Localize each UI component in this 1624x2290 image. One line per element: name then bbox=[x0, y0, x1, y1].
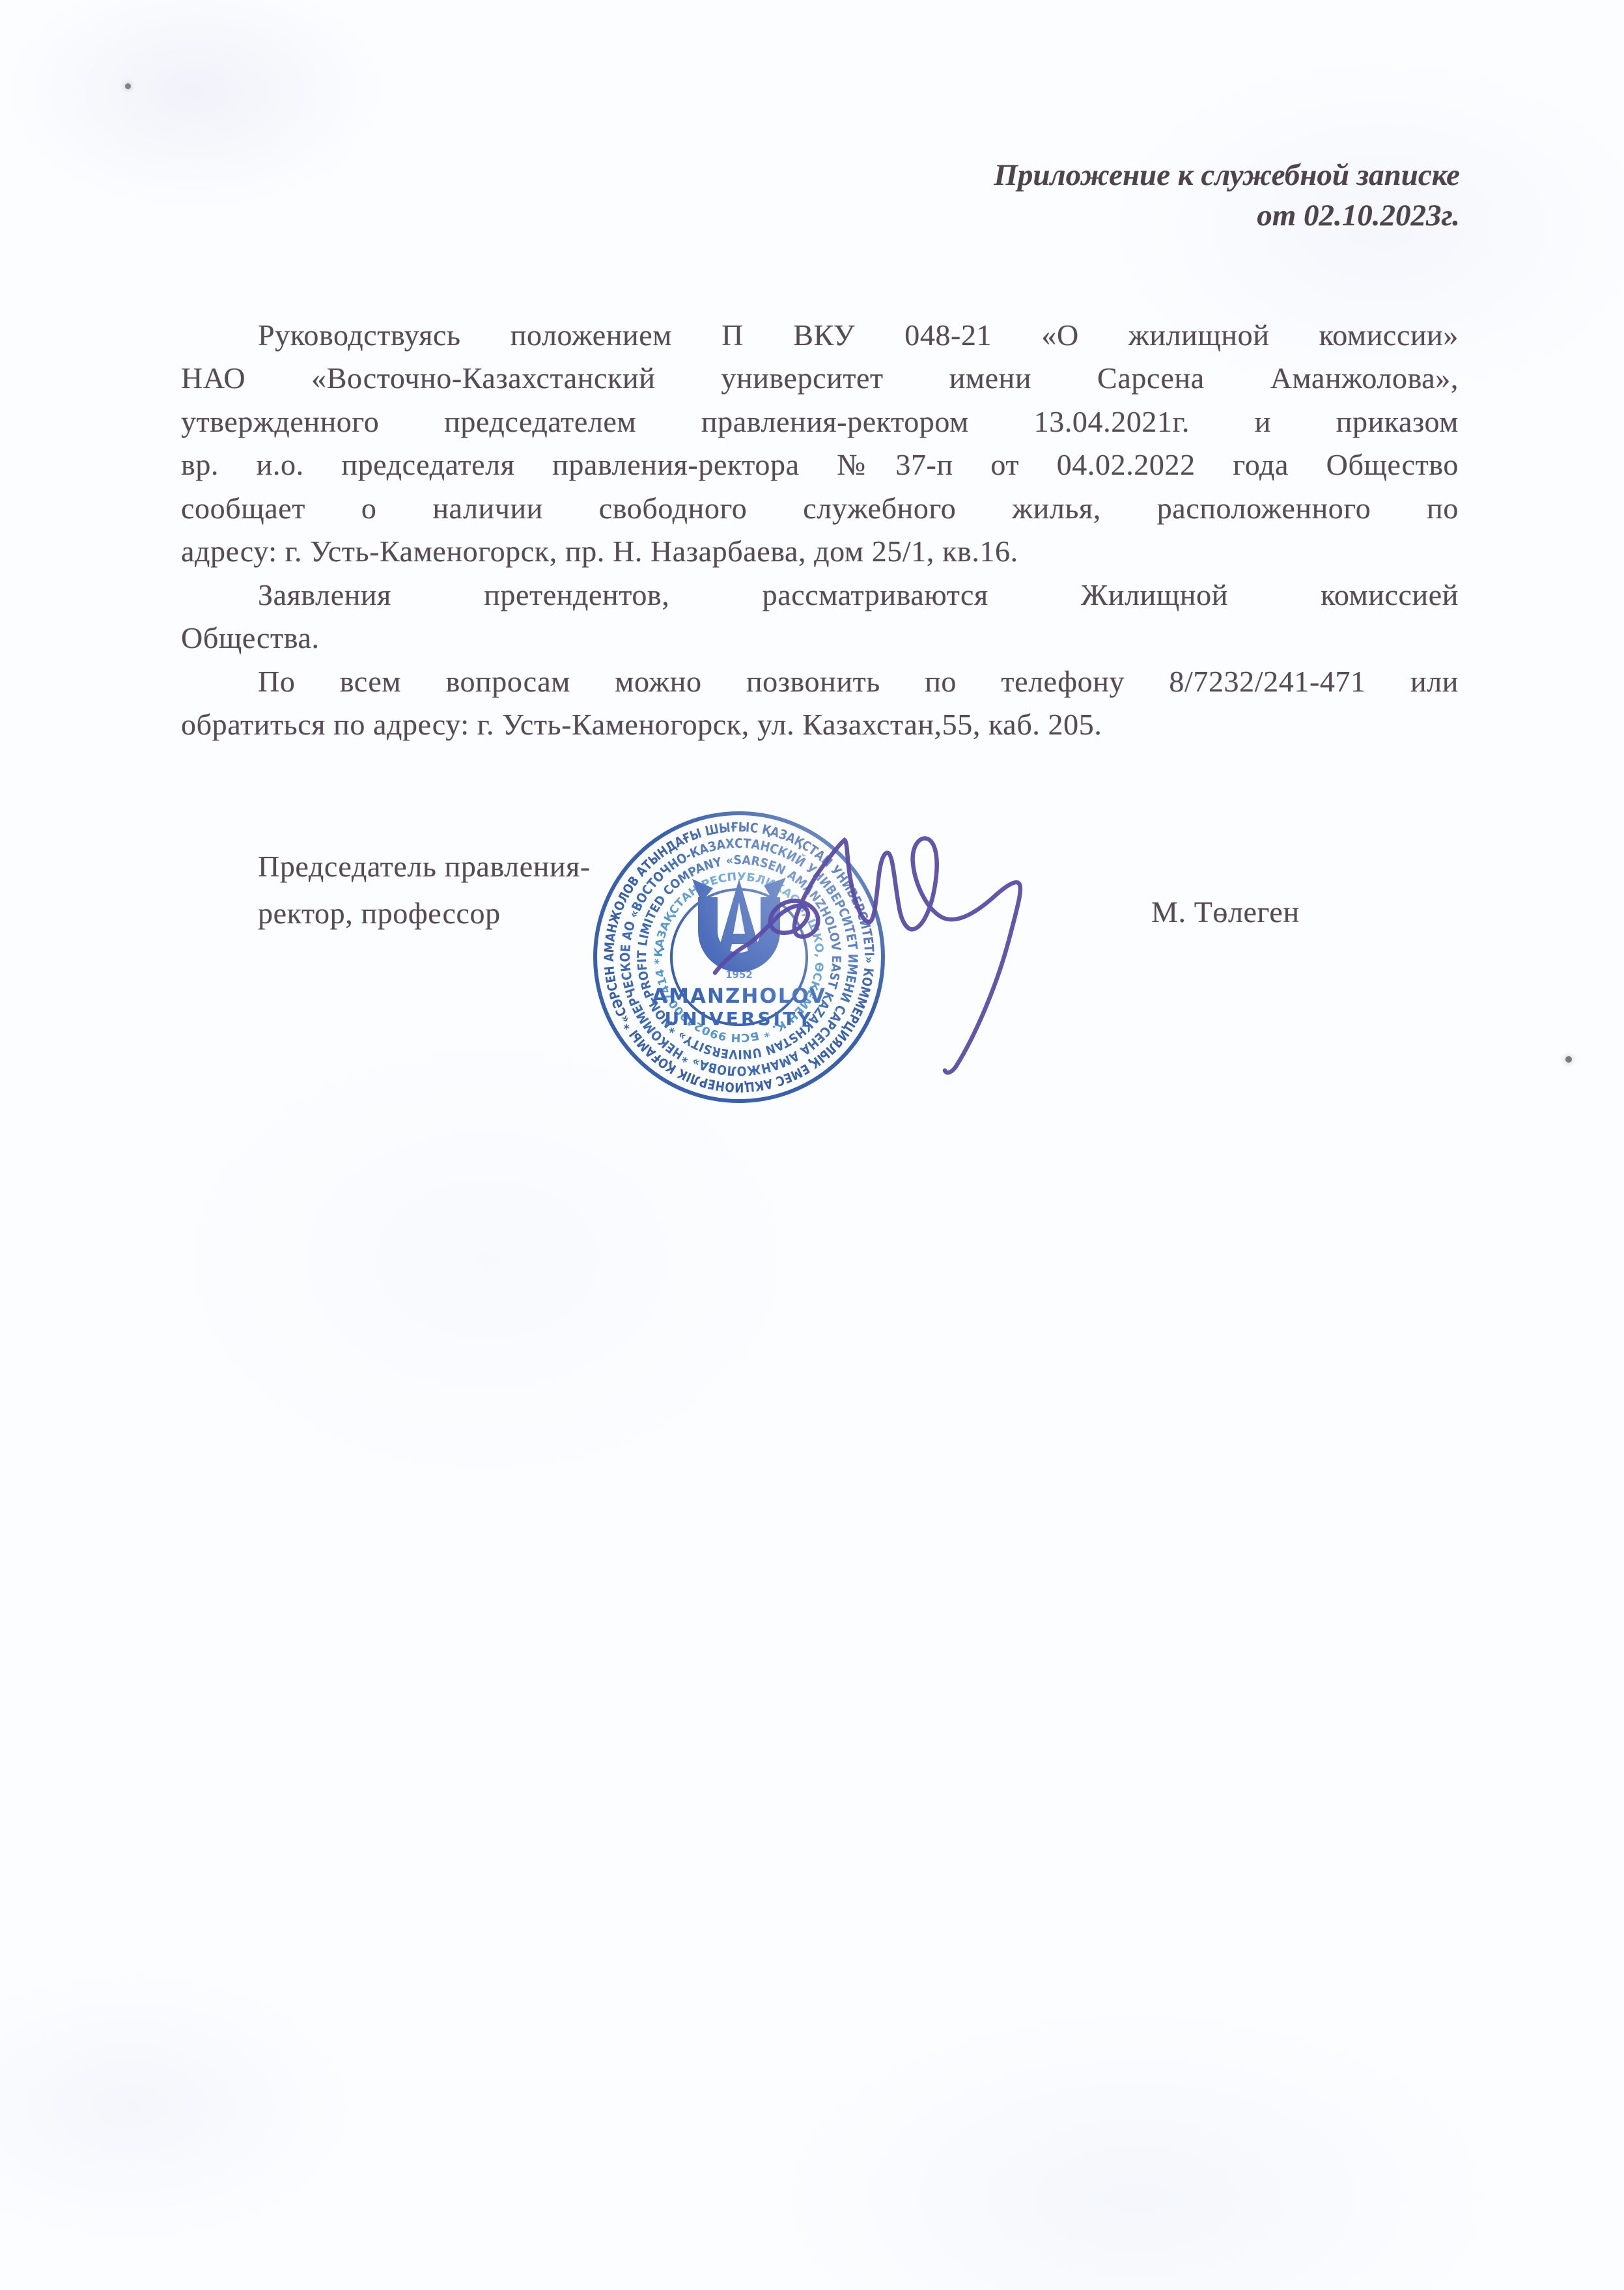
stamp-year: 1952 bbox=[725, 969, 753, 981]
scan-speck bbox=[125, 83, 131, 89]
signer-name: М. Төлеген bbox=[1151, 891, 1300, 934]
stamp-inner-circle bbox=[671, 889, 807, 1025]
stamp-center-line-1: AMANZHOLOV bbox=[652, 984, 826, 1008]
stamp-ring-4: ҚАЗАҚСТАН РЕСПУБЛИКАСЫ, ШКО, ӨСКЕМЕН Қ. … bbox=[652, 871, 826, 1044]
stamp-ring-2: НЕКОММЕРЧЕСКОЕ АО «ВОСТОЧНО-КАЗАХСТАНСКИ… bbox=[572, 790, 905, 1123]
signer-title-line-1: Председатель правления- bbox=[258, 845, 591, 888]
body-line-6: адресу: г. Усть-Каменогорск, пр. Н. Наза… bbox=[181, 530, 1459, 573]
body-line-9: По всем вопросам можно позвонить по теле… bbox=[181, 660, 1459, 703]
body-line-7: Заявления претендентов, рассматриваются … bbox=[181, 574, 1459, 617]
signer-title-line-2: ректор, профессор bbox=[258, 892, 501, 935]
body-line-2: НАО «Восточно-Казахстанский университет … bbox=[181, 357, 1459, 400]
stamp-ring-3: NON-PROFIT LIMITED COMPANY «SARSEN AMANZ… bbox=[592, 810, 887, 1105]
handwritten-signature bbox=[715, 838, 1020, 1072]
scanned-letter-page: Приложение к служебной записке от 02.10.… bbox=[0, 0, 1624, 2290]
body-line-4: вр. и.о. председателя правления-ректора … bbox=[181, 443, 1459, 486]
scan-speck bbox=[1565, 1056, 1572, 1063]
header-line-2: от 02.10.2023г. bbox=[679, 195, 1460, 236]
stamp-ring-1: «СӘРСЕН АМАНЖОЛОВ АТЫНДАҒЫ ШЫҒЫС ҚАЗАҚСТ… bbox=[550, 768, 927, 1145]
body-line-10: обратиться по адресу: г. Усть-Каменогорс… bbox=[181, 703, 1459, 746]
university-monogram-icon bbox=[692, 878, 786, 964]
stamp-outer-circle bbox=[595, 813, 883, 1101]
header-line-1: Приложение к служебной записке bbox=[679, 155, 1460, 195]
body-line-3: утвержденного председателем правления-ре… bbox=[181, 400, 1459, 443]
body-line-8: Общества. bbox=[181, 617, 1459, 660]
body-line-5: сообщает о наличии свободного служебного… bbox=[181, 487, 1459, 530]
body-line-1: Руководствуясь положением П ВКУ 048-21 «… bbox=[181, 314, 1459, 357]
stamp-center-line-2: UNIVERSITY bbox=[665, 1008, 814, 1029]
header-annotation: Приложение к служебной записке от 02.10.… bbox=[679, 155, 1460, 236]
university-round-stamp: «СӘРСЕН АМАНЖОЛОВ АТЫНДАҒЫ ШЫҒЫС ҚАЗАҚСТ… bbox=[550, 768, 927, 1145]
